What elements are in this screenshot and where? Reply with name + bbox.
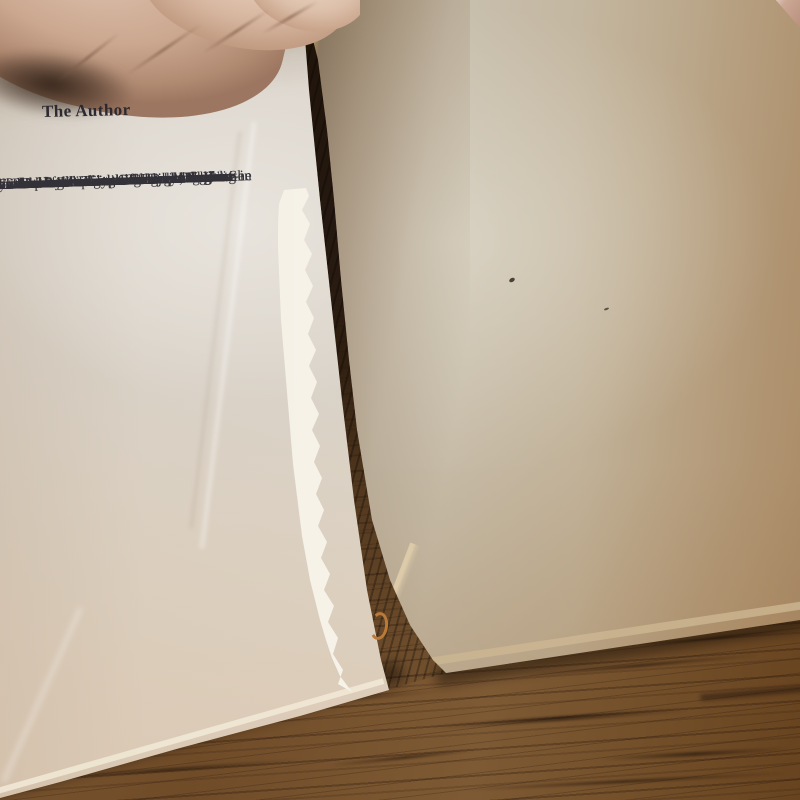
book-photo: The Author ma Showalter comes from a lon…	[0, 0, 800, 800]
wood-grain-streak	[430, 707, 690, 730]
wood-grain-streak	[600, 747, 790, 761]
wood-grain-streak	[460, 771, 790, 791]
wood-knot	[700, 685, 800, 701]
page-speck	[508, 277, 515, 283]
page-heading: The Author	[42, 100, 131, 122]
page-speck	[604, 307, 609, 311]
page-crease	[190, 131, 242, 528]
page-crease	[2, 607, 83, 782]
wood-grain-streak	[330, 748, 479, 767]
